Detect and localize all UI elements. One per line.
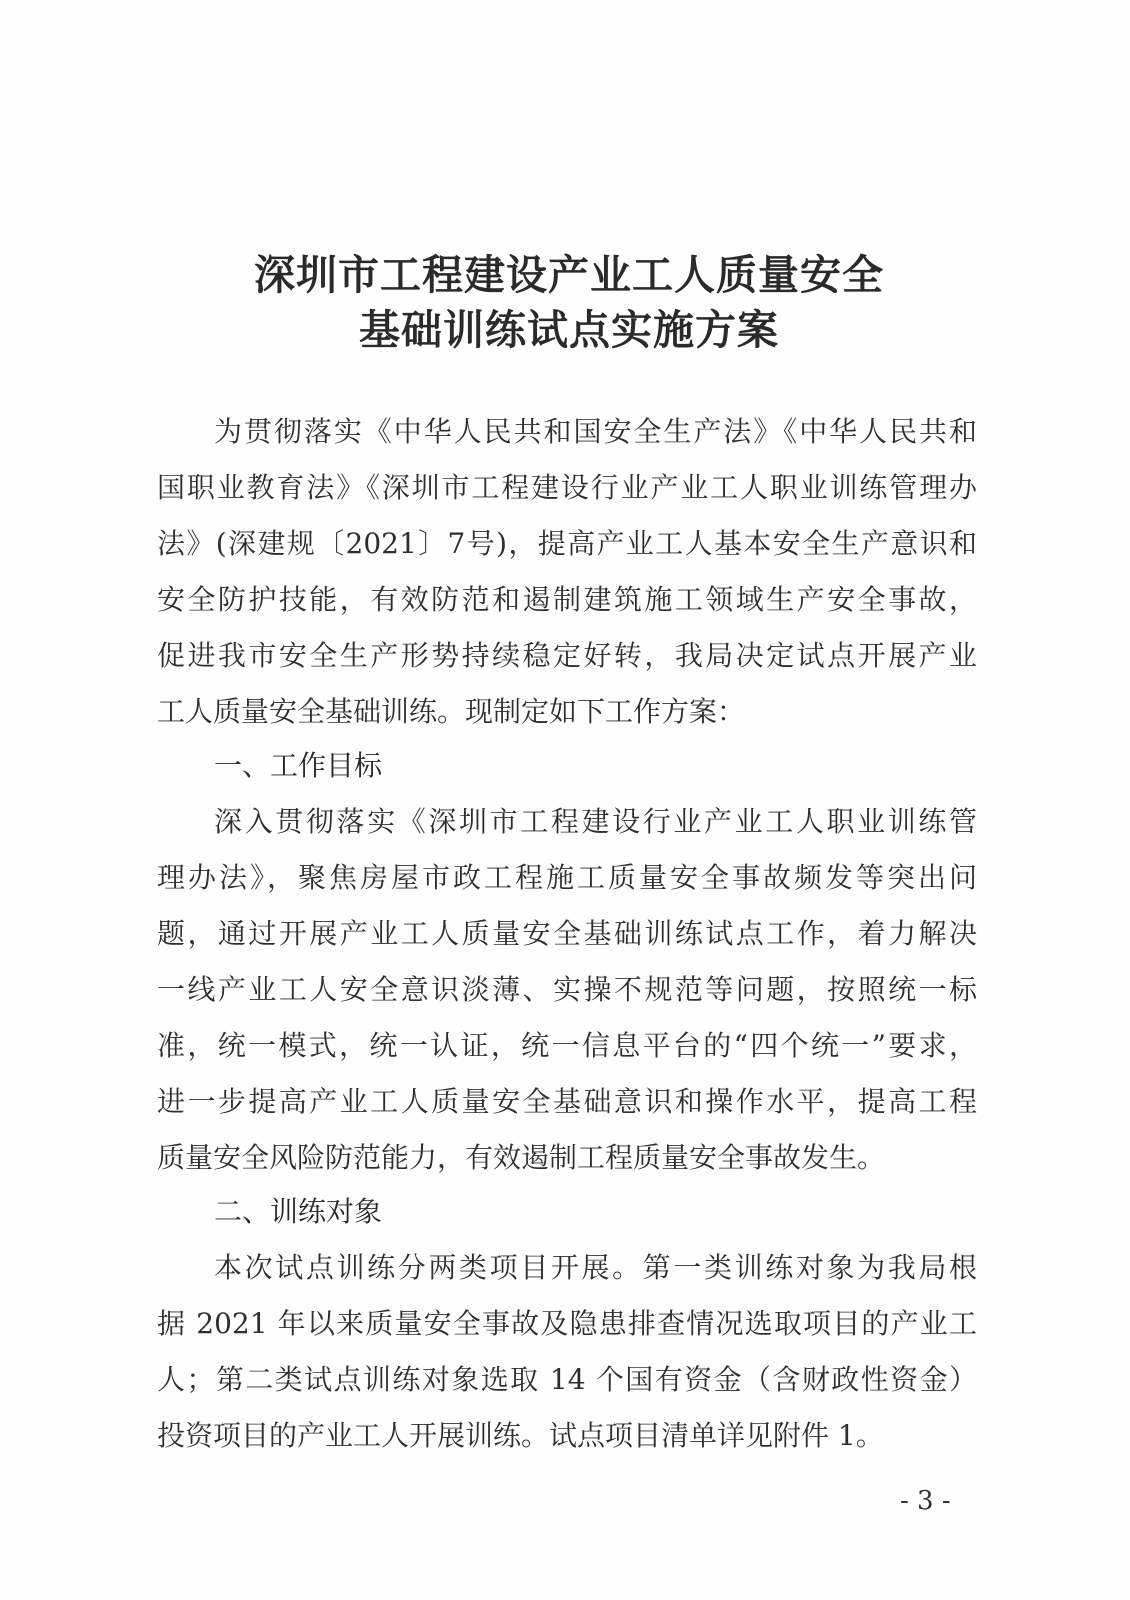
page-number: - 3 - [900, 1486, 951, 1516]
document-title-line-2: 基础训练试点实施方案 [4, 305, 1130, 355]
intro-line: 安全防护技能，有效防范和遏制建筑施工领域生产安全事故， [157, 580, 977, 620]
section-line: 质量安全风险防范能力，有效遏制工程质量安全事故发生。 [157, 1138, 977, 1178]
intro-line: 工人质量安全基础训练。现制定如下工作方案： [157, 692, 977, 732]
section-line: 题，通过开展产业工人质量安全基础训练试点工作，着力解决 [157, 914, 977, 954]
section-line: 深入贯彻落实《深圳市工程建设行业产业工人职业训练管 [214, 802, 977, 842]
section-line: 据 2021 年以来质量安全事故及隐患排查情况选取项目的产业工 [157, 1304, 977, 1344]
section-heading: 一、工作目标 [214, 746, 382, 786]
intro-line: 为贯彻落实《中华人民共和国安全生产法》《中华人民共和 [214, 412, 977, 452]
section-line: 理办法》，聚焦房屋市政工程施工质量安全事故频发等突出问 [157, 858, 977, 898]
section-line: 投资项目的产业工人开展训练。试点项目清单详见附件 1。 [157, 1416, 977, 1456]
section-line: 进一步提高产业工人质量安全基础意识和操作水平，提高工程 [157, 1082, 977, 1122]
intro-line: 促进我市安全生产形势持续稳定好转，我局决定试点开展产业 [157, 636, 977, 676]
section-line: 一线产业工人安全意识淡薄、实操不规范等问题，按照统一标 [157, 970, 977, 1010]
document-title-line-1: 深圳市工程建设产业工人质量安全 [4, 250, 1130, 300]
document-page: 深圳市工程建设产业工人质量安全 基础训练试点实施方案 为贯彻落实《中华人民共和国… [0, 0, 1130, 1600]
section-heading: 二、训练对象 [214, 1192, 382, 1232]
section-line: 本次试点训练分两类项目开展。第一类训练对象为我局根 [214, 1248, 977, 1288]
intro-line: 法》(深建规〔2021〕7号)，提高产业工人基本安全生产意识和 [157, 524, 977, 564]
section-line: 准，统一模式，统一认证，统一信息平台的“四个统一”要求， [157, 1026, 977, 1066]
intro-line: 国职业教育法》《深圳市工程建设行业产业工人职业训练管理办 [157, 468, 977, 508]
section-line: 人；第二类试点训练对象选取 14 个国有资金（含财政性资金） [157, 1360, 977, 1400]
